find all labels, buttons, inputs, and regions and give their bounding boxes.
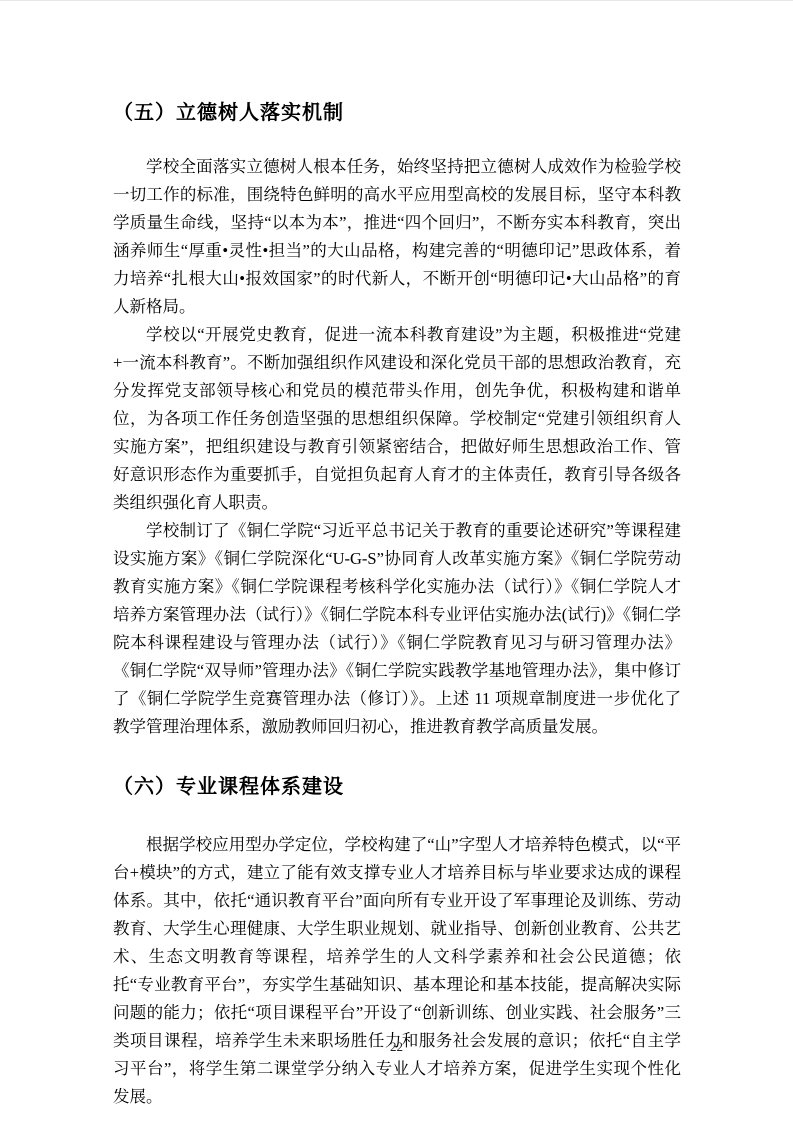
document-page: （五）立德树人落实机制 学校全面落实立德树人根本任务，始终坚持把立德树人成效作为…: [0, 0, 793, 1122]
page-content: （五）立德树人落实机制 学校全面落实立德树人根本任务，始终坚持把立德树人成效作为…: [113, 99, 681, 1111]
paragraph-course-system-1: 根据学校应用型办学定位，学校构建了“山”字型人才培养特色模式，以“平台+模块”的…: [113, 831, 681, 1111]
paragraph-ldsr-3: 学校制订了《铜仁学院“习近平总书记关于教育的重要论述研究”等课程建设实施方案》《…: [113, 517, 681, 741]
paragraph-ldsr-1: 学校全面落实立德树人根本任务，始终坚持把立德树人成效作为检验学校一切工作的标准，…: [113, 153, 681, 321]
paragraph-ldsr-2: 学校以“开展党史教育，促进一流本科教育建设”为主题，积极推进“党建+一流本科教育…: [113, 321, 681, 517]
section-heading-6: （六）专业课程体系建设: [113, 773, 681, 801]
section-heading-5: （五）立德树人落实机制: [113, 99, 681, 127]
page-number: 22: [0, 1039, 793, 1055]
